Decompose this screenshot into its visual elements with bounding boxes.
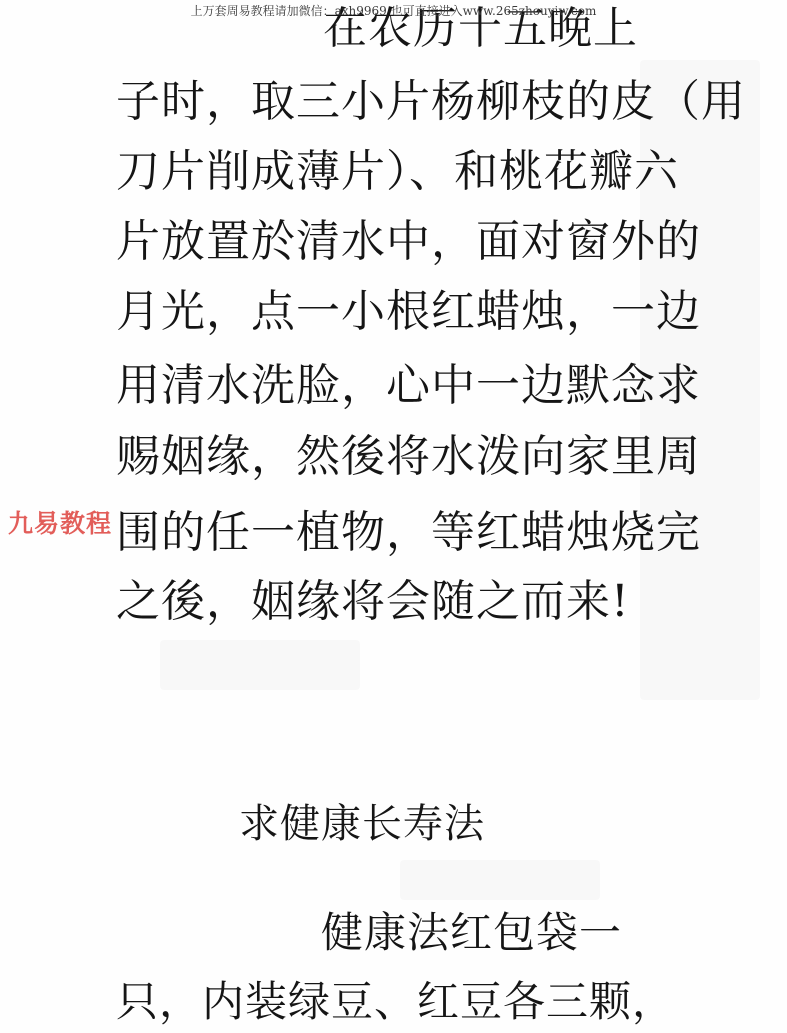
text-line: 月光，点一小根红蜡烛，一边 — [116, 287, 701, 337]
text-line: 片放置於清水中，面对窗外的 — [116, 217, 701, 267]
brand-watermark: 九易教程 — [8, 504, 112, 540]
text-line: 赐姻缘，然後将水泼向家里周 — [116, 432, 701, 482]
text-line: 只，内装绿豆、红豆各三颗， — [116, 977, 675, 1027]
scanned-book-page: 上万套周易教程请加微信：axh9969 也可直接进入www.265zhouyiw… — [0, 0, 787, 1033]
watermark-banner: 上万套周易教程请加微信：axh9969 也可直接进入www.265zhouyiw… — [0, 4, 787, 18]
text-line: 子时，取三小片杨柳枝的皮（用 — [116, 77, 746, 127]
bleed-through-shade — [160, 640, 360, 690]
text-line: 围的任一植物，等红蜡烛烧完 — [116, 508, 701, 558]
section-heading: 求健康长寿法 — [239, 800, 485, 848]
text-line: 刀片削成薄片）、和桃花瓣六 — [116, 147, 679, 197]
text-line-indented: 健康法红包袋一 — [321, 908, 622, 958]
bleed-through-shade — [400, 860, 600, 900]
text-line: 用清水洗脸，心中一边默念求 — [116, 361, 701, 411]
text-line: 之後，姻缘将会随之而来! — [116, 577, 630, 627]
